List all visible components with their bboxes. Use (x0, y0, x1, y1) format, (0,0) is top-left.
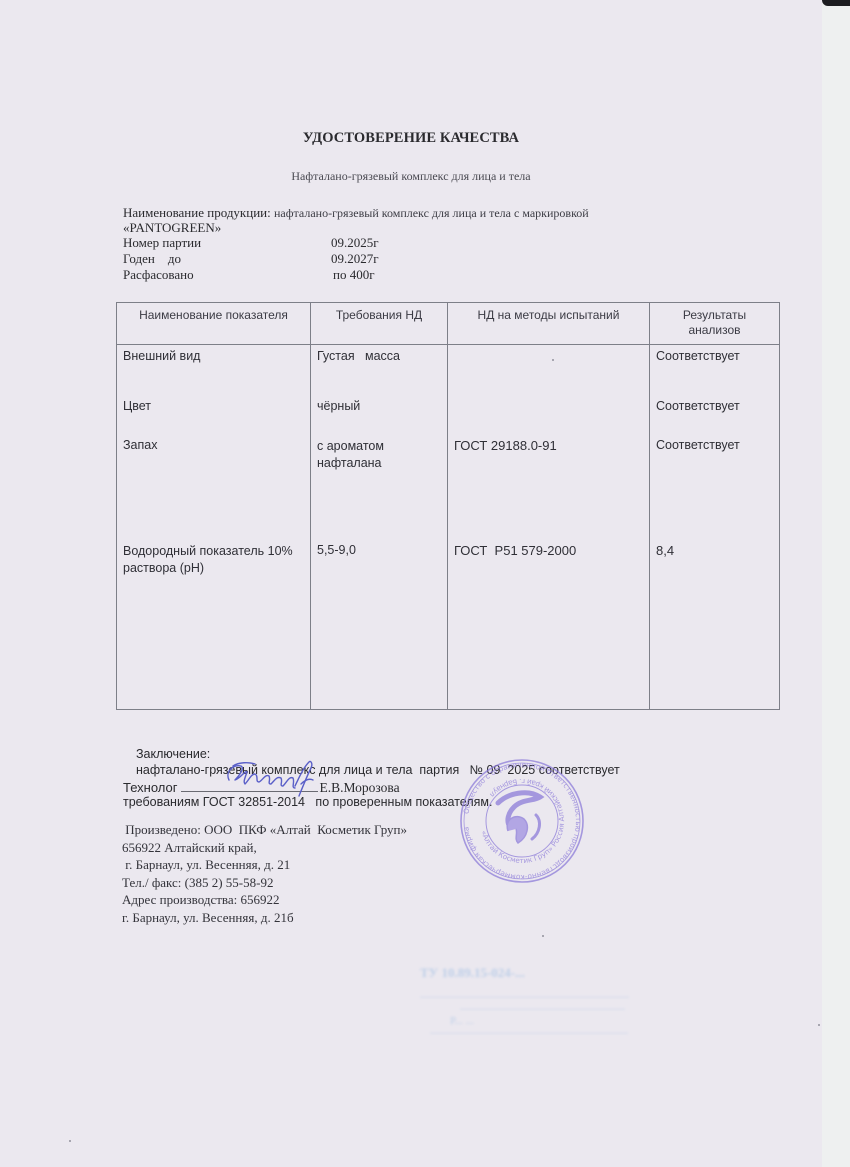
header-indicator: Наименование показателя (117, 303, 311, 345)
requirement-appearance: Густая масса (317, 349, 400, 363)
method-ph: ГОСТ Р51 579-2000 (454, 543, 576, 558)
expiry-row: Годен до 09.2027г (123, 251, 181, 266)
requirement-smell: с ароматом нафталана (317, 438, 417, 472)
producer-line: г. Барнаул, ул. Весенняя, д. 21 (122, 856, 407, 874)
scan-speck (818, 1024, 820, 1026)
table-row: Внешний вид Цвет Запах Водородный показа… (117, 345, 780, 710)
requirement-ph: 5,5-9,0 (317, 543, 356, 557)
expiry-label: Годен до (123, 251, 181, 266)
document-subtitle: Нафталано-грязевый комплекс для лица и т… (0, 169, 822, 184)
quality-table: Наименование показателя Требования НД НД… (116, 302, 780, 710)
requirement-cell: Густая масса чёрный с ароматом нафталана… (311, 345, 448, 710)
indicator-appearance: Внешний вид (123, 349, 200, 363)
expiry-value: 09.2027г (331, 251, 379, 266)
packed-row: Расфасовано по 400г (123, 267, 194, 282)
producer-line: Тел./ факс: (385 2) 55-58-92 (122, 874, 407, 892)
scan-speck (552, 359, 554, 361)
result-appearance: Соответствует (656, 349, 740, 363)
indicator-smell: Запах (123, 438, 157, 452)
signature-mark (215, 758, 325, 798)
header-test-methods: НД на методы испытаний (448, 303, 650, 345)
technologist-name: Е.В.Морозова (319, 780, 399, 795)
conclusion-label: Заключение: (136, 747, 210, 761)
result-ph: 8,4 (656, 543, 674, 558)
producer-line: 656922 Алтайский край, (122, 839, 407, 857)
producer-line: г. Барнаул, ул. Весенняя, д. 21б (122, 909, 407, 927)
batch-label: Номер партии (123, 235, 201, 250)
bleed-through-text: ТУ 10.89.15-024-... ——————————————————— … (420, 965, 720, 1075)
product-name-value: нафталано-грязевый комплекс для лица и т… (274, 206, 589, 220)
company-stamp: Общество с ограниченной ответственностью… (458, 757, 586, 885)
header-requirements: Требования НД (311, 303, 448, 345)
method-cell: ГОСТ 29188.0-91 ГОСТ Р51 579-2000 (448, 345, 650, 710)
product-name-label: Наименование продукции: (123, 205, 271, 220)
scan-speck (69, 1140, 71, 1142)
batch-value: 09.2025г (331, 235, 379, 250)
header-results: Результаты анализов (650, 303, 780, 345)
product-name-row: Наименование продукции: нафталано-грязев… (123, 205, 589, 221)
product-brand-value: «PANTOGREEN» (123, 220, 221, 235)
producer-info: Произведено: ООО ПКФ «Алтай Косметик Гру… (122, 821, 407, 926)
indicator-color: Цвет (123, 399, 151, 413)
technologist-role: Технолог (123, 780, 177, 795)
packed-value: по 400г (333, 267, 375, 282)
producer-line: Произведено: ООО ПКФ «Алтай Косметик Гру… (122, 821, 407, 839)
scanner-edge (822, 0, 850, 1167)
product-brand-row: «PANTOGREEN» (123, 220, 221, 235)
requirement-color: чёрный (317, 399, 360, 413)
producer-line: Адрес производства: 656922 (122, 891, 407, 909)
result-cell: Соответствует Соответствует Соответствуе… (650, 345, 780, 710)
indicator-ph: Водородный показатель 10% раствора (pH) (123, 543, 303, 577)
document-title: УДОСТОВЕРЕНИЕ КАЧЕСТВА (0, 130, 822, 147)
method-smell: ГОСТ 29188.0-91 (454, 438, 557, 453)
result-color: Соответствует (656, 399, 740, 413)
result-smell: Соответствует (656, 438, 740, 452)
packed-label: Расфасовано (123, 267, 194, 282)
indicator-cell: Внешний вид Цвет Запах Водородный показа… (117, 345, 311, 710)
scanner-corner (822, 0, 850, 6)
table-header-row: Наименование показателя Требования НД НД… (117, 303, 780, 345)
batch-row: Номер партии 09.2025г (123, 235, 201, 250)
scan-speck (542, 935, 544, 937)
